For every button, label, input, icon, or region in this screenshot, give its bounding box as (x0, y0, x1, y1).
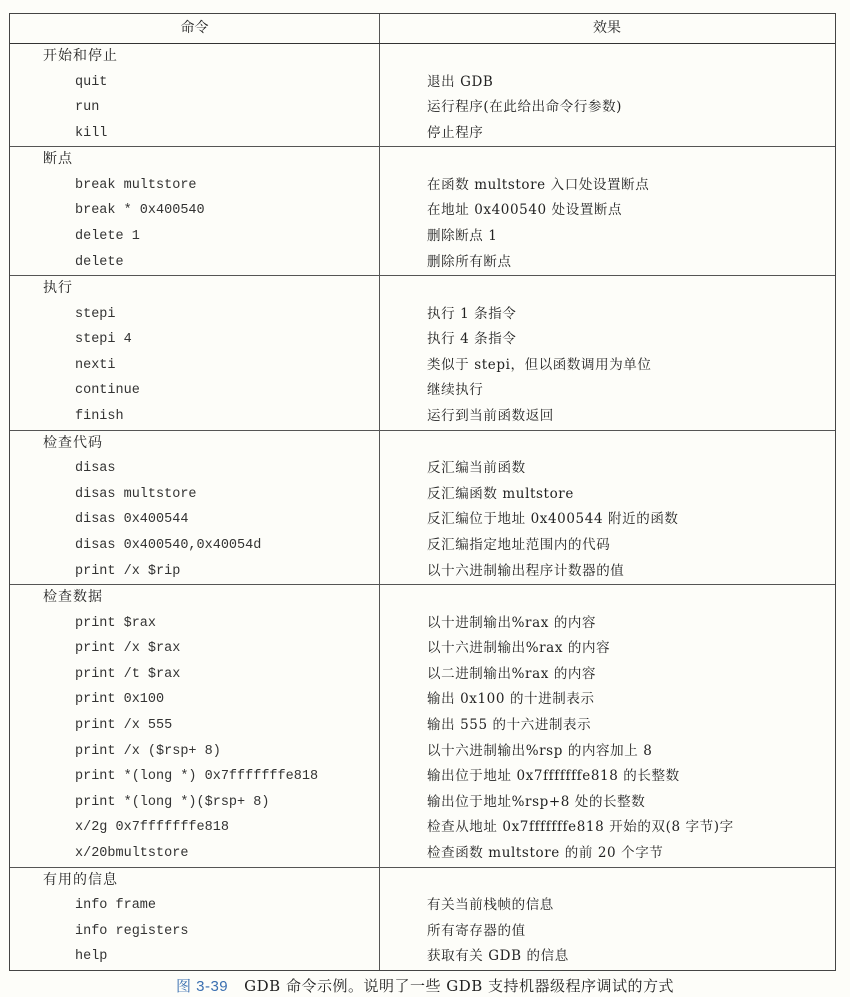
gdb-commands-table: 命令 效果 开始和停止 quit 退出 GDB run 运行程序(在此给出命令行… (9, 13, 836, 971)
command-cell: print /t $rax (75, 662, 180, 688)
table-row: info frame 有关当前栈帧的信息 (10, 893, 835, 919)
effect-cell: 输出位于地址 0x7fffffffe818 的长整数 (427, 764, 680, 790)
effect-cell: 有关当前栈帧的信息 (427, 893, 554, 919)
table-row: print *(long *) 0x7fffffffe818 输出位于地址 0x… (10, 764, 835, 790)
section-examine-code: 检查代码 disas 反汇编当前函数 disas multstore 反汇编函数… (10, 431, 835, 585)
command-cell: quit (75, 70, 107, 96)
table-row: info registers 所有寄存器的值 (10, 919, 835, 945)
effect-cell: 反汇编当前函数 (427, 456, 526, 482)
effect-cell: 继续执行 (427, 378, 483, 404)
command-cell: info registers (75, 919, 188, 945)
section-title: 检查数据 (10, 585, 835, 611)
table-row: print /t $rax 以二进制输出%rax 的内容 (10, 662, 835, 688)
command-cell: x/2g 0x7fffffffe818 (75, 815, 229, 841)
effect-cell: 检查从地址 0x7fffffffe818 开始的双(8 字节)字 (427, 815, 734, 841)
table-row: stepi 4 执行 4 条指令 (10, 327, 835, 353)
effect-cell: 反汇编指定地址范围内的代码 (427, 533, 610, 559)
effect-cell: 反汇编函数 multstore (427, 482, 574, 508)
effect-cell: 运行程序(在此给出命令行参数) (427, 95, 622, 121)
command-cell: print *(long *) 0x7fffffffe818 (75, 764, 318, 790)
command-cell: disas 0x400540,0x40054d (75, 533, 261, 559)
table-row: disas 0x400540,0x40054d 反汇编指定地址范围内的代码 (10, 533, 835, 559)
section-title: 断点 (10, 147, 835, 173)
table-row: nexti 类似于 stepi，但以函数调用为单位 (10, 353, 835, 379)
command-cell: print $rax (75, 611, 156, 637)
table-row: x/20bmultstore 检查函数 multstore 的前 20 个字节 (10, 841, 835, 867)
command-cell: break * 0x400540 (75, 198, 205, 224)
effect-cell: 反汇编位于地址 0x400544 附近的函数 (427, 507, 679, 533)
command-cell: print *(long *)($rsp+ 8) (75, 790, 269, 816)
table-row: kill 停止程序 (10, 121, 835, 147)
effect-cell: 以十六进制输出程序计数器的值 (427, 559, 624, 585)
table-row: stepi 执行 1 条指令 (10, 302, 835, 328)
table-row: finish 运行到当前函数返回 (10, 404, 835, 430)
command-cell: disas (75, 456, 116, 482)
effect-cell: 以十进制输出%rax 的内容 (427, 611, 596, 637)
command-cell: print /x $rip (75, 559, 180, 585)
table-row: break multstore 在函数 multstore 入口处设置断点 (10, 173, 835, 199)
effect-cell: 执行 1 条指令 (427, 302, 516, 328)
section-title: 有用的信息 (10, 868, 835, 894)
effect-cell: 以十六进制输出%rax 的内容 (427, 636, 610, 662)
command-cell: info frame (75, 893, 156, 919)
table-row: print /x $rip 以十六进制输出程序计数器的值 (10, 559, 835, 585)
command-cell: kill (75, 121, 107, 147)
effect-cell: 类似于 stepi，但以函数调用为单位 (427, 353, 652, 379)
effect-cell: 检查函数 multstore 的前 20 个字节 (427, 841, 663, 867)
effect-cell: 退出 GDB (427, 70, 493, 96)
effect-cell: 在地址 0x400540 处设置断点 (427, 198, 622, 224)
section-breakpoints: 断点 break multstore 在函数 multstore 入口处设置断点… (10, 147, 835, 276)
effect-cell: 停止程序 (427, 121, 483, 147)
command-cell: delete 1 (75, 224, 140, 250)
command-cell: disas multstore (75, 482, 197, 508)
effect-cell: 在函数 multstore 入口处设置断点 (427, 173, 649, 199)
table-row: disas 0x400544 反汇编位于地址 0x400544 附近的函数 (10, 507, 835, 533)
command-cell: run (75, 95, 99, 121)
table-row: break * 0x400540 在地址 0x400540 处设置断点 (10, 198, 835, 224)
effect-cell: 所有寄存器的值 (427, 919, 526, 945)
table-row: disas 反汇编当前函数 (10, 456, 835, 482)
effect-cell: 输出 555 的十六进制表示 (427, 713, 591, 739)
effect-cell: 输出 0x100 的十进制表示 (427, 687, 595, 713)
command-cell: disas 0x400544 (75, 507, 188, 533)
table-row: x/2g 0x7fffffffe818 检查从地址 0x7fffffffe818… (10, 815, 835, 841)
table-row: continue 继续执行 (10, 378, 835, 404)
caption-text: GDB 命令示例。说明了一些 GDB 支持机器级程序调试的方式 (244, 977, 674, 995)
figure-caption: 图 3-39GDB 命令示例。说明了一些 GDB 支持机器级程序调试的方式 (0, 975, 850, 996)
effect-cell: 以二进制输出%rax 的内容 (427, 662, 596, 688)
header-effect: 效果 (379, 14, 835, 43)
table-row: print /x 555 输出 555 的十六进制表示 (10, 713, 835, 739)
command-cell: delete (75, 250, 124, 276)
table-row: delete 1 删除断点 1 (10, 224, 835, 250)
command-cell: print /x 555 (75, 713, 172, 739)
section-execution: 执行 stepi 执行 1 条指令 stepi 4 执行 4 条指令 nexti… (10, 276, 835, 430)
effect-cell: 获取有关 GDB 的信息 (427, 944, 569, 970)
effect-cell: 删除断点 1 (427, 224, 497, 250)
effect-cell: 以十六进制输出%rsp 的内容加上 8 (427, 739, 652, 765)
table-row: delete 删除所有断点 (10, 250, 835, 276)
command-cell: help (75, 944, 107, 970)
table-row: quit 退出 GDB (10, 70, 835, 96)
section-title: 开始和停止 (10, 44, 835, 70)
command-cell: stepi (75, 302, 116, 328)
command-cell: break multstore (75, 173, 197, 199)
command-cell: continue (75, 378, 140, 404)
section-title: 检查代码 (10, 431, 835, 457)
command-cell: stepi 4 (75, 327, 132, 353)
section-title: 执行 (10, 276, 835, 302)
table-row: print /x $rax 以十六进制输出%rax 的内容 (10, 636, 835, 662)
section-useful-info: 有用的信息 info frame 有关当前栈帧的信息 info register… (10, 868, 835, 970)
effect-cell: 运行到当前函数返回 (427, 404, 554, 430)
effect-cell: 执行 4 条指令 (427, 327, 516, 353)
command-cell: x/20bmultstore (75, 841, 188, 867)
table-row: print $rax 以十进制输出%rax 的内容 (10, 611, 835, 637)
table-row: print *(long *)($rsp+ 8) 输出位于地址%rsp+8 处的… (10, 790, 835, 816)
command-cell: print /x $rax (75, 636, 180, 662)
table-row: run 运行程序(在此给出命令行参数) (10, 95, 835, 121)
command-cell: print /x ($rsp+ 8) (75, 739, 221, 765)
command-cell: nexti (75, 353, 116, 379)
effect-cell: 删除所有断点 (427, 250, 512, 276)
command-cell: print 0x100 (75, 687, 164, 713)
table-header: 命令 效果 (10, 14, 835, 44)
section-start-stop: 开始和停止 quit 退出 GDB run 运行程序(在此给出命令行参数) ki… (10, 44, 835, 147)
header-command: 命令 (10, 14, 379, 43)
table-row: print /x ($rsp+ 8) 以十六进制输出%rsp 的内容加上 8 (10, 739, 835, 765)
figure-number: 图 3-39 (176, 978, 228, 995)
table-row: help 获取有关 GDB 的信息 (10, 944, 835, 970)
command-cell: finish (75, 404, 124, 430)
section-examine-data: 检查数据 print $rax 以十进制输出%rax 的内容 print /x … (10, 585, 835, 867)
table-row: print 0x100 输出 0x100 的十进制表示 (10, 687, 835, 713)
effect-cell: 输出位于地址%rsp+8 处的长整数 (427, 790, 645, 816)
table-row: disas multstore 反汇编函数 multstore (10, 482, 835, 508)
